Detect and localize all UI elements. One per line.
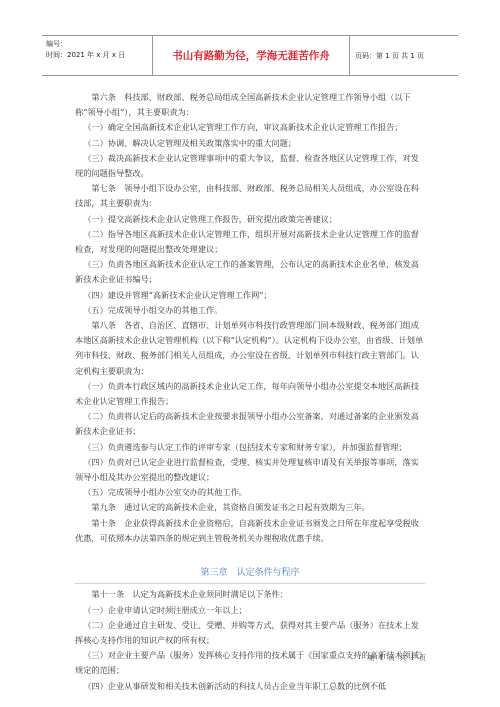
- paragraph: （三）负责各地区高新技术企业认定工作的备案管理，公布认定的高新技术企业名单，核发…: [75, 257, 425, 287]
- paragraph: （四）建设并管理“高新技术企业认定管理工作网”；: [75, 288, 425, 303]
- paragraph: （四）企业从事研发和相关技术创新活动的科技人员占企业当年职工总数的比例不低: [75, 679, 425, 694]
- section-articles-6-10: 第六条 科技部、财政部、税务总局组成全国高新技术企业认定管理工作领导小组（以下称…: [75, 90, 425, 546]
- chapter-heading: 第三章 认定条件与程序: [75, 566, 425, 584]
- paragraph: （一）企业申请认定时须注册成立一年以上；: [75, 603, 425, 618]
- paragraph: （一）负责本行政区域内的高新技术企业认定工作，每年向领导小组办公室提交本地区高新…: [75, 379, 425, 409]
- paragraph: 第十条 企业获得高新技术企业资格后，自高新技术企业证书颁发之日所在年度起享受税收…: [75, 516, 425, 546]
- paragraph: （二）负责将认定后的高新技术企业按要求报领导小组办公室备案，对通过备案的企业颁发…: [75, 409, 425, 439]
- page-footer: 第 1 页 共 1 页: [368, 653, 427, 663]
- paragraph: （一）确定全国高新技术企业认定管理工作方向，审议高新技术企业认定管理工作报告；: [75, 120, 425, 135]
- paragraph: 第九条 通过认定的高新技术企业，其资格自颁发证书之日起有效期为三年。: [75, 500, 425, 515]
- paragraph: 第七条 领导小组下设办公室，由科技部、财政部、税务总局相关人员组成，办公室设在科…: [75, 181, 425, 211]
- paragraph: （五）完成领导小组办公室交办的其他工作。: [75, 485, 425, 500]
- doc-number-label: 编号：: [46, 39, 152, 50]
- paragraph: （一）提交高新技术企业认定管理工作报告，研究提出政策完善建议；: [75, 212, 425, 227]
- paragraph: （二）协调、解决认定管理及相关政策落实中的重大问题；: [75, 136, 425, 151]
- doc-time-label: 时间：2021 年 x 月 x 日: [46, 50, 152, 61]
- paragraph: （三）负责遴选参与认定工作的评审专家（包括技术专家和财务专家），并加强监督管理；: [75, 440, 425, 455]
- paragraph: 第十一条 认定为高新技术企业须同时满足以下条件：: [75, 587, 425, 602]
- header-motto: 书山有路勤为径，学海无涯苦作舟: [153, 36, 350, 75]
- document-body: 第六条 科技部、财政部、税务总局组成全国高新技术企业认定管理工作领导小组（以下称…: [75, 90, 425, 694]
- section-article-11: 第十一条 认定为高新技术企业须同时满足以下条件：（一）企业申请认定时须注册成立一…: [75, 587, 425, 693]
- paragraph: （五）完成领导小组交办的其他工作。: [75, 303, 425, 318]
- paragraph: （三）裁决高新技术企业认定管理事项中的重大争议，监督、检查各地区认定管理工作，对…: [75, 151, 425, 181]
- paragraph: （二）企业通过自主研发、受让、受赠、并购等方式，获得对其主要产品（服务）在技术上…: [75, 618, 425, 648]
- paragraph: （二）指导各地区高新技术企业认定管理工作，组织开展对高新技术企业认定管理工作的监…: [75, 227, 425, 257]
- paragraph: （四）负责对已认定企业进行监督检查，受理、核实并处理复核申请及有关举报等事项，落…: [75, 455, 425, 485]
- paragraph: 第六条 科技部、财政部、税务总局组成全国高新技术企业认定管理工作领导小组（以下称…: [75, 90, 425, 120]
- header-meta: 编号： 时间：2021 年 x 月 x 日: [42, 36, 153, 75]
- header-page-info: 页码：第 1 页 共 1 页: [350, 36, 458, 75]
- paragraph: 第八条 各省、自治区、直辖市、计划单列市科技行政管理部门同本级财政、税务部门组成…: [75, 318, 425, 379]
- page-header: 编号： 时间：2021 年 x 月 x 日 书山有路勤为径，学海无涯苦作舟 页码…: [42, 35, 458, 76]
